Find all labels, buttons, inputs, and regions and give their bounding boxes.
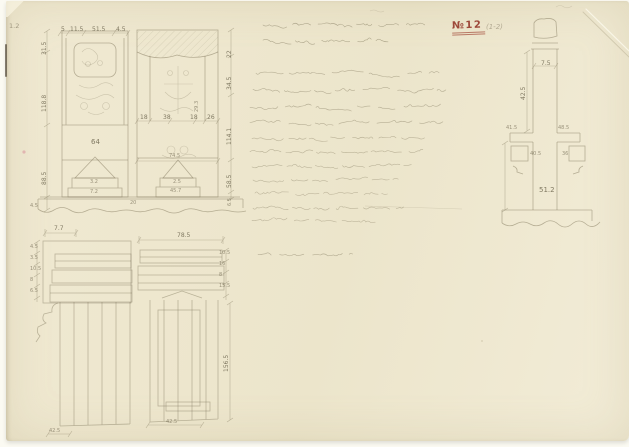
dim-label: 2.5 <box>173 180 181 185</box>
dim-label: 10.5 <box>219 251 230 256</box>
handwritten-line <box>253 177 398 182</box>
pencil-drawing <box>0 0 629 447</box>
dim-label: 22 <box>227 50 233 58</box>
dim-label: 42.5 <box>521 87 527 100</box>
stamp-pencil-note: (1-2) <box>486 23 503 31</box>
dim-label: 4.5 <box>30 204 38 209</box>
dim-label: 114.1 <box>227 128 233 145</box>
dim-label: 45.7 <box>170 189 181 194</box>
dim-label: 18 <box>190 115 198 121</box>
dim-label: 8 <box>219 273 222 278</box>
dim-label: 7.5 <box>541 61 551 67</box>
dim-label: 156.5 <box>224 355 230 372</box>
corner-pencil-mark: 1.2 <box>9 22 19 30</box>
ground-line <box>38 197 246 213</box>
handwritten-line <box>256 70 439 77</box>
dim-label: 6.5 <box>30 289 38 294</box>
dim-label: 5 <box>61 27 65 33</box>
dim-label: 34.5 <box>227 77 233 90</box>
handwritten-line <box>250 149 423 154</box>
dim-label: 42.5 <box>166 420 177 425</box>
dim-label: 7.7 <box>54 226 64 232</box>
elevation-right-outline <box>137 30 218 197</box>
dim-label: 8 <box>30 278 33 283</box>
handwritten-line <box>250 104 441 111</box>
handwritten-line <box>252 218 375 223</box>
handwritten-line <box>255 191 387 195</box>
dim-label: 15.5 <box>219 284 230 289</box>
dim-label: 11.5 <box>70 27 83 33</box>
dim-label: 58.5 <box>227 175 233 188</box>
dim-label: 3.5 <box>30 256 38 261</box>
handwritten-line <box>263 23 425 28</box>
dim-label: 29.3 <box>195 101 200 112</box>
handwritten-line <box>253 87 446 93</box>
scanned-sheet: №12 (1-2) 1.2 5 11.5 51.5 4.5 31.5 118.8… <box>0 0 629 447</box>
dim-label: 4.5 <box>116 27 126 33</box>
elevation-left-ornament <box>76 49 114 115</box>
dim-label: 10.5 <box>30 267 41 272</box>
handwritten-line <box>250 120 443 126</box>
dim-label: 40.5 <box>530 152 541 157</box>
registration-stamp: №12 <box>452 19 486 35</box>
dimension-lines <box>34 28 558 437</box>
dim-label: 78.5 <box>177 233 190 239</box>
handwritten-notes <box>250 23 446 256</box>
dim-label: 20 <box>130 201 136 206</box>
handwritten-line <box>252 164 411 169</box>
dim-label: 38 <box>163 115 171 121</box>
dim-label: 7.2 <box>90 190 98 195</box>
dim-label: 88.5 <box>42 172 48 185</box>
dim-label: 51.2 <box>539 187 555 194</box>
plan-right-outline <box>138 250 224 422</box>
handwritten-line <box>252 136 425 141</box>
dim-label: 74.5 <box>169 154 180 159</box>
plan-left-outline <box>36 241 132 426</box>
dim-label: 26 <box>207 115 215 121</box>
dim-label: 18 <box>140 115 148 121</box>
dim-label: 16 <box>219 262 225 267</box>
crease-line <box>583 9 629 57</box>
handwritten-line <box>258 253 353 256</box>
dim-label: 41.5 <box>506 126 517 131</box>
elevation-left-outline <box>62 31 128 197</box>
dim-label: 42.5 <box>49 429 60 434</box>
dim-label: 48.5 <box>558 126 569 131</box>
dim-label: 51.5 <box>92 27 105 33</box>
dim-label: 31.5 <box>42 42 48 55</box>
dim-label: 3.2 <box>90 180 98 185</box>
dim-label: 6.5 <box>228 198 233 206</box>
dim-label: 4.5 <box>30 245 38 250</box>
dim-label: 118.8 <box>42 95 48 112</box>
section-outline <box>502 18 600 227</box>
dim-label: 36 <box>562 152 568 157</box>
handwritten-line <box>263 38 388 44</box>
elevation-right-ornament <box>160 66 196 158</box>
dim-label: 64 <box>91 139 100 146</box>
stray-marks <box>22 6 572 343</box>
